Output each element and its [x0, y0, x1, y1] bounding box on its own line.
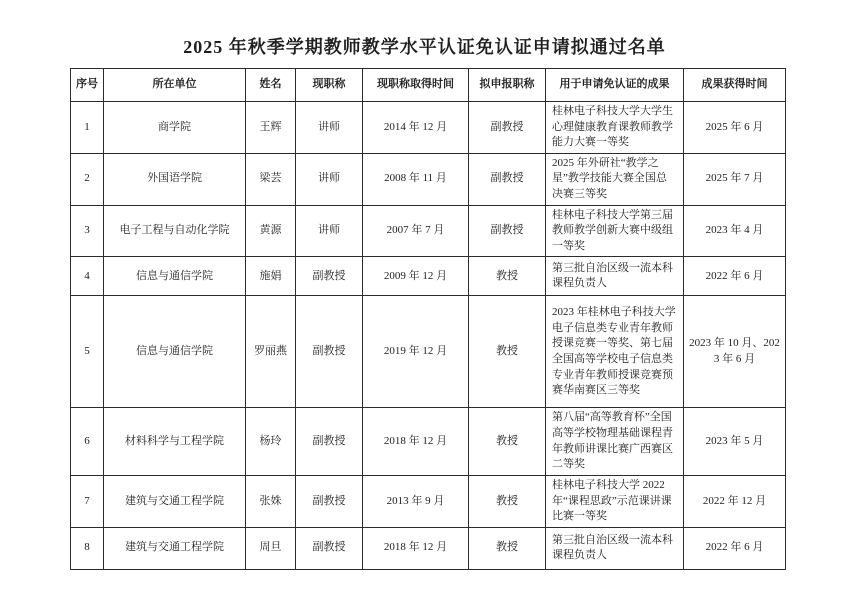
cell-name: 张姝 [246, 475, 296, 527]
col-header-achievement: 用于申请免认证的成果 [546, 69, 684, 102]
table-row: 8 建筑与交通工程学院 周旦 副教授 2018 年 12 月 教授 第三批自治区… [71, 527, 786, 569]
cell-no: 7 [71, 475, 104, 527]
table-header-row: 序号 所在单位 姓名 现职称 现职称取得时间 拟申报职称 用于申请免认证的成果 … [71, 69, 786, 102]
cell-name: 王辉 [246, 102, 296, 154]
cell-unit: 信息与通信学院 [104, 296, 246, 408]
cell-unit: 材料科学与工程学院 [104, 408, 246, 475]
table-row: 7 建筑与交通工程学院 张姝 副教授 2013 年 9 月 教授 桂林电子科技大… [71, 475, 786, 527]
col-header-current-title: 现职称 [296, 69, 363, 102]
cell-achievement: 桂林电子科技大学大学生心理健康教育课教师教学能力大赛一等奖 [546, 102, 684, 154]
cell-current-title: 讲师 [296, 153, 363, 205]
cell-no: 4 [71, 257, 104, 296]
page-title: 2025 年秋季学期教师教学水平认证免认证申请拟通过名单 [0, 33, 849, 59]
cell-name: 罗丽燕 [246, 296, 296, 408]
cell-no: 5 [71, 296, 104, 408]
cell-current-title: 副教授 [296, 527, 363, 569]
cell-current-title: 副教授 [296, 257, 363, 296]
cell-achievement-date: 2022 年 6 月 [684, 527, 786, 569]
col-header-no: 序号 [71, 69, 104, 102]
cell-proposed-title: 教授 [469, 527, 546, 569]
cell-title-date: 2019 年 12 月 [363, 296, 469, 408]
cell-name: 杨玲 [246, 408, 296, 475]
cell-achievement-date: 2023 年 4 月 [684, 205, 786, 257]
cell-no: 3 [71, 205, 104, 257]
cell-no: 1 [71, 102, 104, 154]
cell-proposed-title: 副教授 [469, 153, 546, 205]
cell-achievement: 2023 年桂林电子科技大学电子信息类专业青年教师授课竞赛一等奖、第七届全国高等… [546, 296, 684, 408]
cell-no: 6 [71, 408, 104, 475]
cell-name: 施娟 [246, 257, 296, 296]
cell-unit: 建筑与交通工程学院 [104, 475, 246, 527]
cell-proposed-title: 教授 [469, 475, 546, 527]
cell-name: 黄源 [246, 205, 296, 257]
cell-proposed-title: 教授 [469, 296, 546, 408]
col-header-unit: 所在单位 [104, 69, 246, 102]
cell-current-title: 副教授 [296, 296, 363, 408]
cell-current-title: 副教授 [296, 475, 363, 527]
cell-achievement: 桂林电子科技大学 2022 年“课程思政”示范课讲课比赛一等奖 [546, 475, 684, 527]
col-header-achievement-date: 成果获得时间 [684, 69, 786, 102]
cell-current-title: 讲师 [296, 102, 363, 154]
cell-unit: 信息与通信学院 [104, 257, 246, 296]
cell-achievement-date: 2022 年 12 月 [684, 475, 786, 527]
table-row: 2 外国语学院 梁芸 讲师 2008 年 11 月 副教授 2025 年外研社“… [71, 153, 786, 205]
cell-achievement-date: 2025 年 6 月 [684, 102, 786, 154]
table-row: 3 电子工程与自动化学院 黄源 讲师 2007 年 7 月 副教授 桂林电子科技… [71, 205, 786, 257]
approval-roster-table: 序号 所在单位 姓名 现职称 现职称取得时间 拟申报职称 用于申请免认证的成果 … [70, 68, 786, 570]
cell-no: 8 [71, 527, 104, 569]
cell-title-date: 2013 年 9 月 [363, 475, 469, 527]
col-header-proposed-title: 拟申报职称 [469, 69, 546, 102]
table-row: 4 信息与通信学院 施娟 副教授 2009 年 12 月 教授 第三批自治区级一… [71, 257, 786, 296]
cell-name: 周旦 [246, 527, 296, 569]
col-header-title-date: 现职称取得时间 [363, 69, 469, 102]
cell-current-title: 副教授 [296, 408, 363, 475]
cell-proposed-title: 教授 [469, 408, 546, 475]
cell-achievement: 第三批自治区级一流本科课程负责人 [546, 527, 684, 569]
col-header-name: 姓名 [246, 69, 296, 102]
document-page: 2025 年秋季学期教师教学水平认证免认证申请拟通过名单 序号 所在单位 姓名 … [0, 0, 849, 601]
table-row: 1 商学院 王辉 讲师 2014 年 12 月 副教授 桂林电子科技大学大学生心… [71, 102, 786, 154]
cell-title-date: 2014 年 12 月 [363, 102, 469, 154]
cell-unit: 外国语学院 [104, 153, 246, 205]
cell-achievement: 第八届“高等教育杯”全国高等学校物理基础课程青年教师讲课比赛广西赛区二等奖 [546, 408, 684, 475]
cell-unit: 商学院 [104, 102, 246, 154]
cell-title-date: 2008 年 11 月 [363, 153, 469, 205]
cell-achievement-date: 2023 年 5 月 [684, 408, 786, 475]
cell-achievement: 2025 年外研社“教学之星”教学技能大赛全国总决赛三等奖 [546, 153, 684, 205]
table-row: 6 材料科学与工程学院 杨玲 副教授 2018 年 12 月 教授 第八届“高等… [71, 408, 786, 475]
cell-achievement-date: 2022 年 6 月 [684, 257, 786, 296]
cell-no: 2 [71, 153, 104, 205]
cell-achievement: 第三批自治区级一流本科课程负责人 [546, 257, 684, 296]
cell-unit: 建筑与交通工程学院 [104, 527, 246, 569]
cell-proposed-title: 教授 [469, 257, 546, 296]
table-row: 5 信息与通信学院 罗丽燕 副教授 2019 年 12 月 教授 2023 年桂… [71, 296, 786, 408]
cell-name: 梁芸 [246, 153, 296, 205]
cell-title-date: 2018 年 12 月 [363, 527, 469, 569]
cell-title-date: 2007 年 7 月 [363, 205, 469, 257]
cell-current-title: 讲师 [296, 205, 363, 257]
cell-proposed-title: 副教授 [469, 102, 546, 154]
cell-title-date: 2018 年 12 月 [363, 408, 469, 475]
cell-achievement: 桂林电子科技大学第三届教师教学创新大赛中级组一等奖 [546, 205, 684, 257]
cell-achievement-date: 2025 年 7 月 [684, 153, 786, 205]
cell-title-date: 2009 年 12 月 [363, 257, 469, 296]
cell-proposed-title: 副教授 [469, 205, 546, 257]
cell-achievement-date: 2023 年 10 月、2023 年 6 月 [684, 296, 786, 408]
cell-unit: 电子工程与自动化学院 [104, 205, 246, 257]
